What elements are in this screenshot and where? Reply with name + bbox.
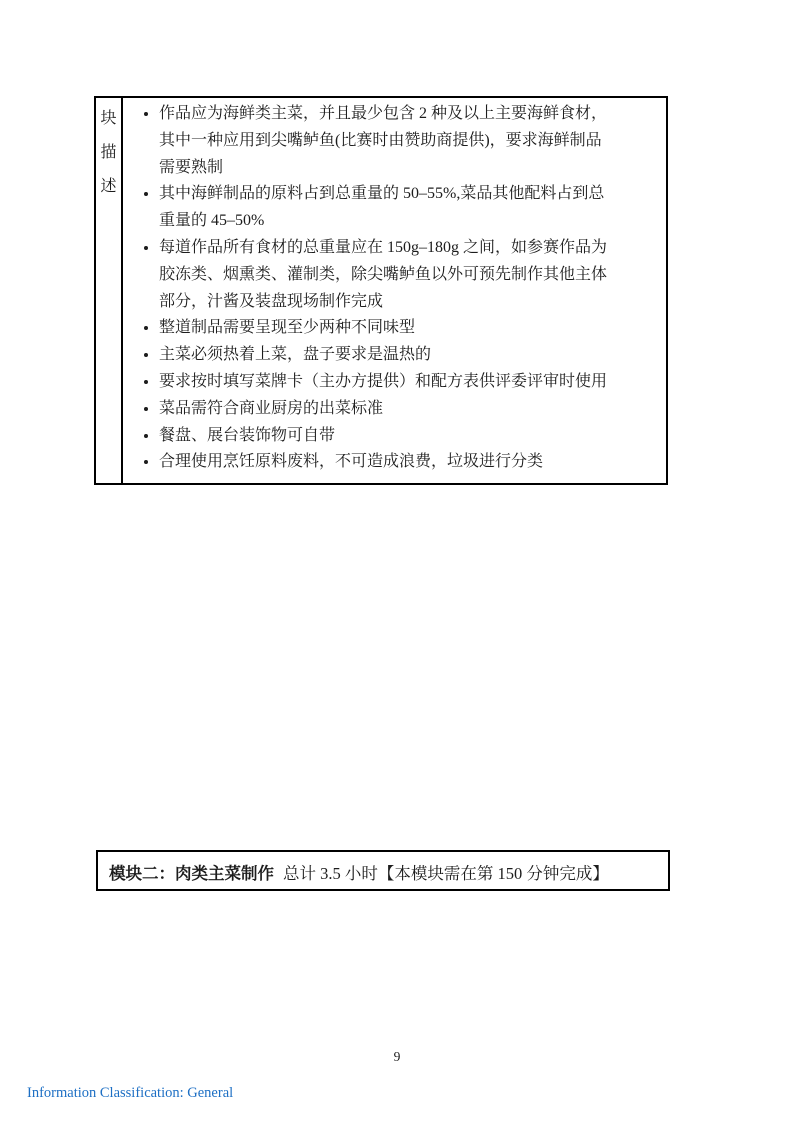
requirements-list: 作品应为海鲜类主菜，并且最少包含 2 种及以上主要海鲜食材， 其中一种应用到尖嘴…	[131, 101, 664, 476]
requirement-item: 整道制品需要呈现至少两种不同味型	[159, 315, 664, 342]
row-label-char: 块	[96, 102, 121, 136]
row-label-char: 描	[96, 136, 121, 170]
requirement-item: 要求按时填写菜牌卡（主办方提供）和配方表供评委评审时使用	[159, 369, 664, 396]
page-number: 9	[0, 1049, 794, 1065]
document-page: 块 描 述 作品应为海鲜类主菜，并且最少包含 2 种及以上主要海鲜食材， 其中一…	[0, 0, 794, 1122]
requirement-item: 主菜必须热着上菜，盘子要求是温热的	[159, 342, 664, 369]
requirement-item: 作品应为海鲜类主菜，并且最少包含 2 种及以上主要海鲜食材， 其中一种应用到尖嘴…	[159, 101, 664, 181]
requirement-item: 菜品需符合商业厨房的出菜标准	[159, 396, 664, 423]
module-2-title: 模块二：肉类主菜制作	[109, 864, 274, 883]
module-description-table: 块 描 述 作品应为海鲜类主菜，并且最少包含 2 种及以上主要海鲜食材， 其中一…	[94, 96, 668, 485]
table-row-label: 块 描 述	[96, 98, 123, 483]
classification-footer: Information Classification: General	[27, 1085, 233, 1102]
table-row-content: 作品应为海鲜类主菜，并且最少包含 2 种及以上主要海鲜食材， 其中一种应用到尖嘴…	[123, 98, 666, 483]
module-2-duration: 总计 3.5 小时【本模块需在第 150 分钟完成】	[283, 864, 609, 883]
requirement-item: 合理使用烹饪原料废料，不可造成浪费，垃圾进行分类	[159, 449, 664, 476]
requirement-item: 每道作品所有食材的总重量应在 150g–180g 之间，如参赛作品为 胶冻类、烟…	[159, 235, 664, 315]
requirement-item: 餐盘、展台装饰物可自带	[159, 423, 664, 450]
module-2-banner: 模块二：肉类主菜制作总计 3.5 小时【本模块需在第 150 分钟完成】	[96, 850, 670, 891]
requirement-item: 其中海鲜制品的原料占到总重量的 50–55%,菜品其他配料占到总 重量的 45–…	[159, 181, 664, 235]
row-label-char: 述	[96, 170, 121, 204]
